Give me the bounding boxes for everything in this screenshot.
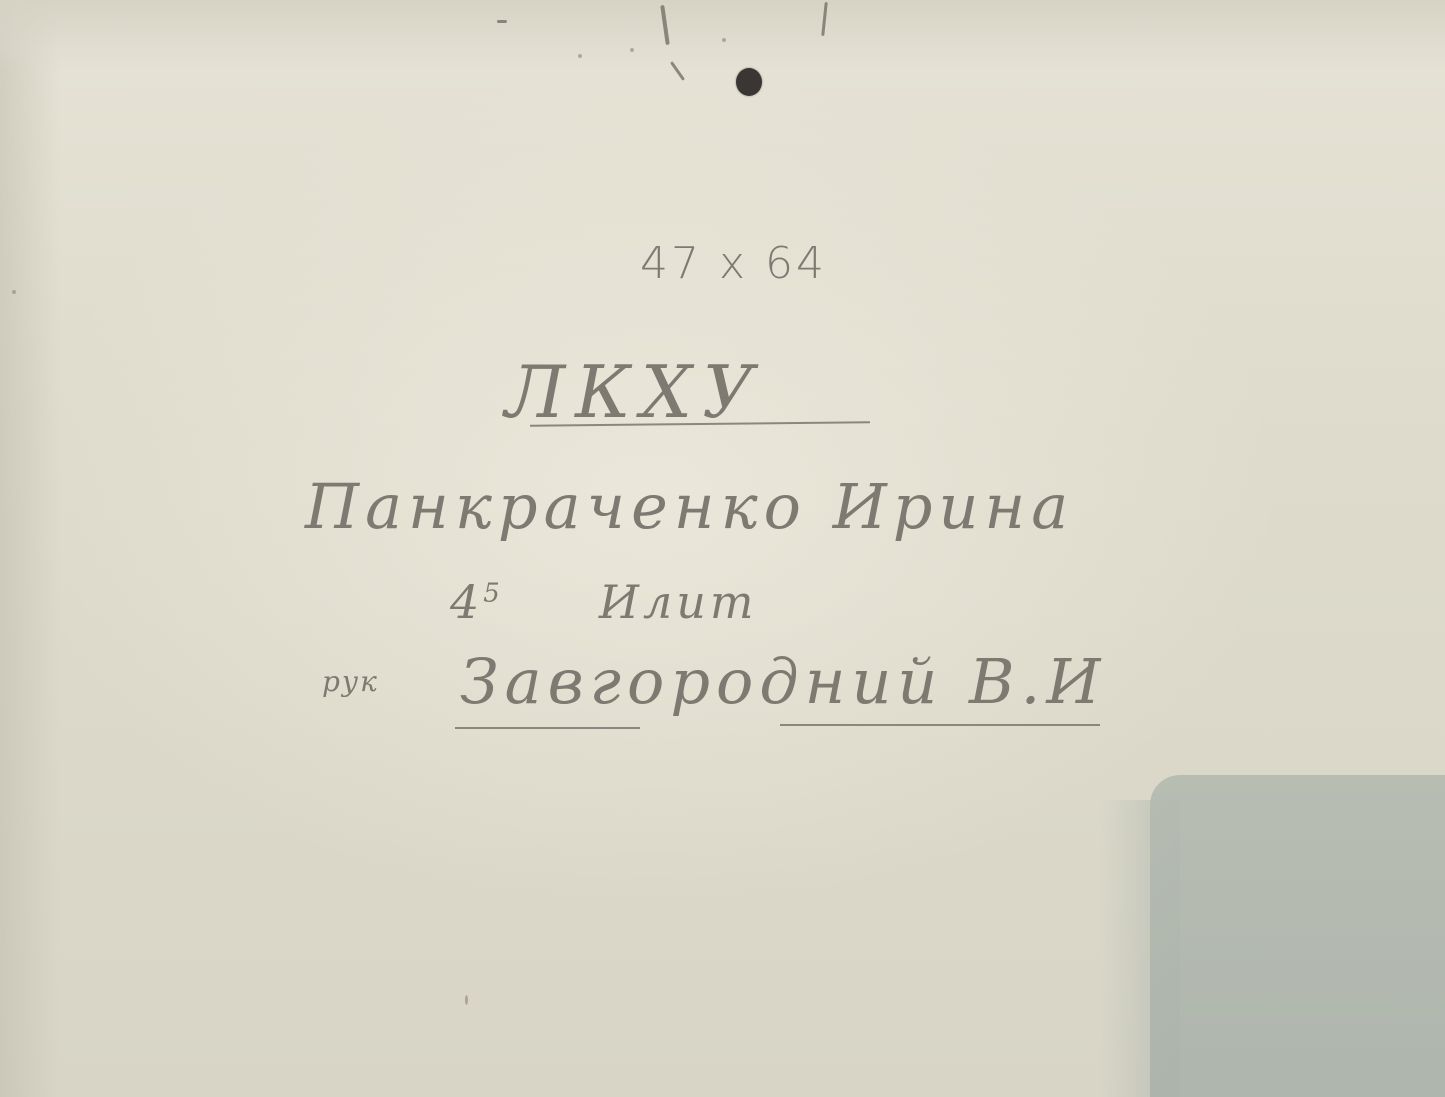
course-line: 45Илит	[450, 575, 757, 629]
institution-text: ЛКХУ	[505, 350, 764, 434]
crease-mark	[497, 20, 507, 23]
supervisor-name-text: Завгородний В.И	[460, 645, 1106, 718]
blue-stain-corner	[1150, 775, 1445, 1097]
dimensions-text: 47 x 64	[640, 238, 827, 289]
speck	[578, 54, 582, 58]
speck	[12, 290, 16, 294]
supervisor-underline	[455, 727, 640, 729]
supervisor-underline	[780, 724, 1100, 726]
speck	[630, 48, 634, 52]
course-superscript: 5	[483, 579, 504, 609]
top-crumpled-edge	[0, 0, 1445, 70]
paper-edge-shadow	[0, 0, 60, 1097]
course-number: 4	[450, 575, 483, 629]
speck	[722, 38, 726, 42]
pin-hole	[736, 68, 762, 96]
supervisor-prefix-text: рук	[322, 665, 379, 698]
course-label: Илит	[599, 575, 758, 629]
speck	[465, 995, 468, 1005]
artist-name-text: Панкраченко Ирина	[305, 470, 1074, 543]
